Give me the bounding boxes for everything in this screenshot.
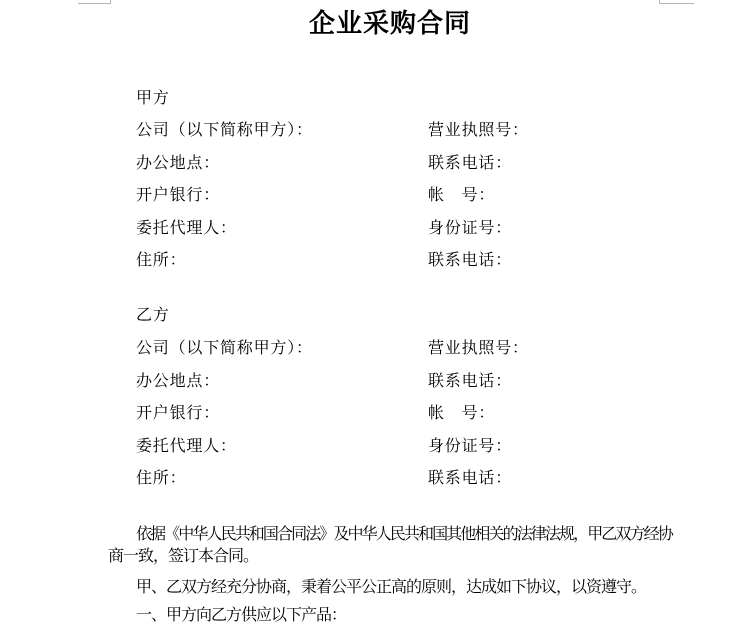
business-license-label: 营业执照号： [428, 341, 529, 357]
contact-phone-label: 联系电话： [428, 253, 512, 269]
party-b-heading-label: 乙方 [136, 308, 170, 324]
agreement-paragraph: 甲、乙双方经充分协商，秉着公平公正高的原则，达成如下协议，以资遵守。 [108, 580, 672, 596]
account-number-label: 帐 号： [428, 406, 495, 422]
company-name-label: 公司（以下简称甲方）： [136, 123, 313, 139]
deposit-bank-label: 开户银行： [136, 406, 220, 422]
residence-label: 住所： [136, 253, 186, 269]
party-b-row-bank: 开户银行： 帐 号： [108, 406, 672, 422]
party-b-row-residence: 住所： 联系电话： [108, 471, 672, 487]
party-b-heading: 乙方 [108, 308, 672, 324]
company-name-label: 公司（以下简称甲方）： [136, 341, 313, 357]
document-page: 企业采购合同 甲方 公司（以下简称甲方）： 营业执照号： 办公地点： 联系电话：… [0, 0, 747, 636]
entrusted-agent-label: 委托代理人： [136, 221, 237, 237]
contact-phone-label: 联系电话： [428, 374, 512, 390]
party-a-row-agent: 委托代理人： 身份证号： [108, 221, 672, 237]
party-a-row-bank: 开户银行： 帐 号： [108, 188, 672, 204]
office-address-label: 办公地点： [136, 156, 220, 172]
account-number-label: 帐 号： [428, 188, 495, 204]
contact-phone-label: 联系电话： [428, 156, 512, 172]
page-margin-crop-mark-left-horizontal [78, 3, 111, 4]
party-a-heading: 甲方 [108, 91, 672, 107]
intro-paragraph-line-1: 依据《中华人民共和国合同法》及中华人民共和国其他相关的法律法规，甲乙双方经协 [108, 527, 672, 543]
office-address-label: 办公地点： [136, 374, 220, 390]
business-license-label: 营业执照号： [428, 123, 529, 139]
party-a-row-office: 办公地点： 联系电话： [108, 156, 672, 172]
party-b-row-office: 办公地点： 联系电话： [108, 374, 672, 390]
contract-title: 企业采购合同 [108, 11, 672, 37]
entrusted-agent-label: 委托代理人： [136, 439, 237, 455]
clause-one-heading: 一、甲方向乙方供应以下产品： [108, 608, 672, 624]
contact-phone-label: 联系电话： [428, 471, 512, 487]
party-a-row-residence: 住所： 联系电话： [108, 253, 672, 269]
party-a-heading-label: 甲方 [136, 91, 170, 107]
party-b-row-company: 公司（以下简称甲方）： 营业执照号： [108, 341, 672, 357]
document-text-area: 企业采购合同 甲方 公司（以下简称甲方）： 营业执照号： 办公地点： 联系电话：… [108, 0, 672, 636]
deposit-bank-label: 开户银行： [136, 188, 220, 204]
id-number-label: 身份证号： [428, 439, 512, 455]
residence-label: 住所： [136, 471, 186, 487]
intro-paragraph-line-2: 商一致，签订本合同。 [108, 549, 672, 565]
id-number-label: 身份证号： [428, 221, 512, 237]
party-a-row-company: 公司（以下简称甲方）： 营业执照号： [108, 123, 672, 139]
party-b-row-agent: 委托代理人： 身份证号： [108, 439, 672, 455]
